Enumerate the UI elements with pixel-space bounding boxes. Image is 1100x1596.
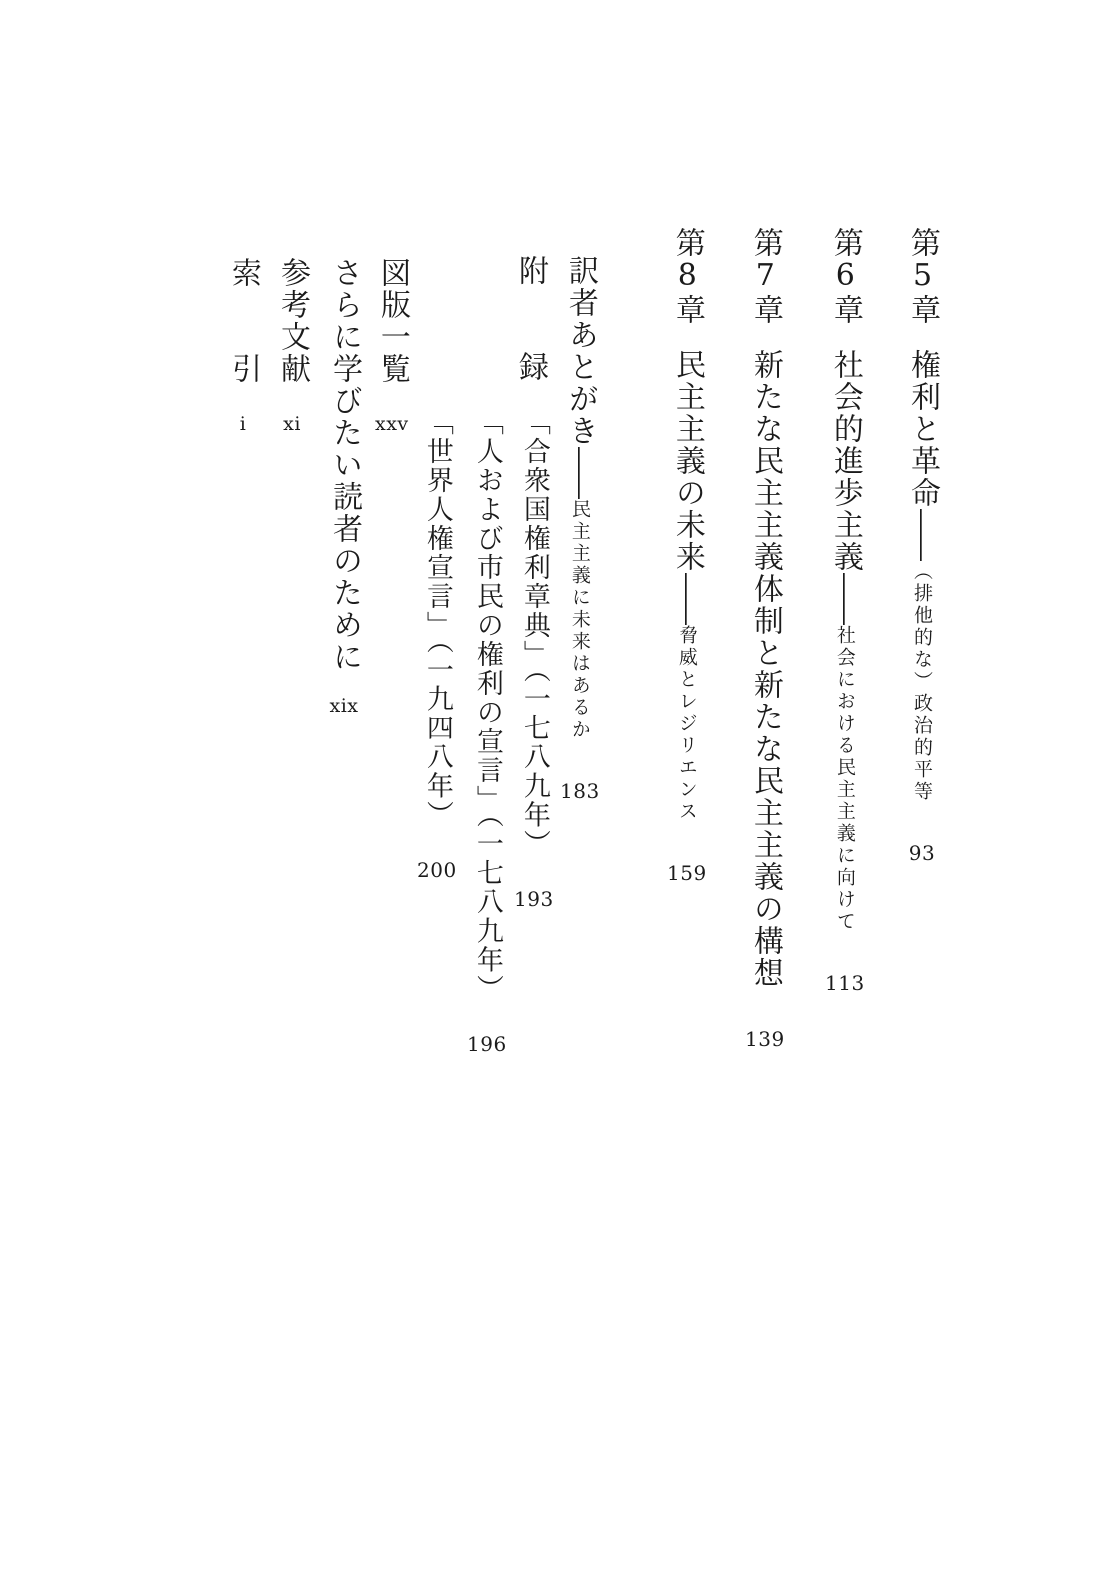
appendix-item-title: 「世界人権宣言」（一九四八年）: [422, 408, 453, 830]
page-number: 139: [745, 1029, 785, 1049]
spacer: [486, 1004, 487, 1034]
chapter-title: 民主主義の未来: [670, 349, 705, 573]
afterword-title: 訳者あとがき: [563, 255, 598, 447]
page-number-roman: xi: [283, 415, 301, 434]
spacer: [764, 989, 765, 1029]
spacer: [844, 325, 845, 349]
page-number: 193: [514, 889, 554, 909]
spacer: [533, 859, 534, 889]
toc-page: 第5章権利と革命――（排他的な）政治的平等93 第6章社会的進歩主義――社会にお…: [0, 0, 1100, 1596]
spacer: [243, 385, 244, 415]
page-number: 113: [825, 973, 865, 993]
toc-entry-chapter-7: 第7章新たな民主主義体制と新たな民主主義の構想139: [745, 227, 785, 1049]
spacer: [764, 325, 765, 349]
toc-entry-appendix-3: 「世界人権宣言」（一九四八年）200: [417, 408, 457, 880]
spacer: [922, 325, 923, 349]
page-number: 93: [909, 843, 935, 863]
appendix-item-title: 「人および市民の権利の宣言」（一七八九年）: [472, 408, 503, 1004]
chapter-title: 新たな民主主義体制と新たな民主主義の構想: [748, 349, 783, 989]
spacer: [686, 325, 687, 349]
toc-entry-appendix-2: 「人および市民の権利の宣言」（一七八九年）196: [467, 408, 507, 1054]
afterword-subtitle: 民主主義に未来はあるか: [569, 499, 591, 741]
toc-entry-appendix-1: 「合衆国権利章典」（一七八九年）193: [514, 408, 554, 909]
page-number: 200: [417, 860, 457, 880]
appendix-item-title: 「合衆国権利章典」（一七八九年）: [519, 408, 550, 859]
backmatter-title: 参考文献: [275, 257, 310, 385]
chapter-subtitle: 社会における民主主義に向けて: [834, 625, 856, 933]
toc-entry-illustrations: 図版一覧xxv: [375, 257, 409, 434]
backmatter-title: さらに学びたい読者のために: [327, 257, 362, 673]
toc-entry-afterword: 訳者あとがき――民主主義に未来はあるか183: [560, 255, 600, 801]
spacer: [292, 385, 293, 415]
page-number-roman: i: [240, 415, 247, 434]
page-number: 183: [560, 781, 600, 801]
chapter-number-label: 第7章: [748, 227, 783, 325]
spacer: [436, 830, 437, 860]
chapter-title: 社会的進歩主義: [828, 349, 863, 573]
subtitle-dash: ――: [907, 509, 937, 561]
toc-entry-chapter-5: 第5章権利と革命――（排他的な）政治的平等93: [906, 227, 939, 863]
spacer: [844, 933, 845, 973]
spacer: [579, 741, 580, 781]
chapter-subtitle: （排他的な）政治的平等: [911, 561, 933, 803]
appendix-heading: 附 録: [514, 255, 547, 383]
toc-entry-further-reading: さらに学びたい読者のためにxix: [328, 257, 361, 716]
toc-entry-chapter-6: 第6章社会的進歩主義――社会における民主主義に向けて113: [825, 227, 865, 993]
backmatter-title: 図版一覧: [375, 257, 410, 385]
subtitle-dash: ――: [565, 447, 595, 499]
backmatter-title: 索 引: [226, 257, 261, 385]
spacer: [344, 673, 345, 697]
spacer: [391, 385, 392, 415]
spacer: [686, 823, 687, 863]
toc-entry-chapter-8: 第8章民主主義の未来――脅威とレジリエンス159: [667, 227, 707, 883]
page-number: 159: [667, 863, 707, 883]
toc-entry-bibliography: 参考文献xi: [276, 257, 309, 434]
page-number: 196: [467, 1034, 507, 1054]
page-number-roman: xix: [330, 697, 359, 716]
chapter-number-label: 第8章: [670, 227, 705, 325]
page-number-roman: xxv: [375, 415, 409, 434]
toc-entry-index: 索 引i: [227, 257, 260, 434]
chapter-number-label: 第5章: [905, 227, 940, 325]
appendix-label: 附 録: [513, 255, 548, 383]
chapter-number-label: 第6章: [828, 227, 863, 325]
subtitle-dash: ――: [830, 573, 860, 625]
spacer: [922, 803, 923, 843]
subtitle-dash: ――: [672, 573, 702, 625]
chapter-subtitle: 脅威とレジリエンス: [676, 625, 698, 823]
chapter-title: 権利と革命: [905, 349, 940, 509]
